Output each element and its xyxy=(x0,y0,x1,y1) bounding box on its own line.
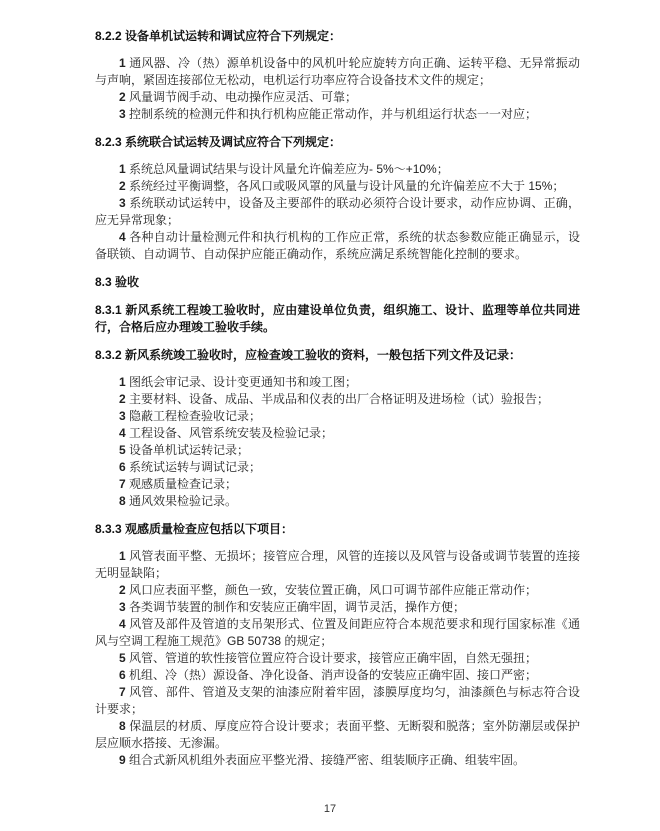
clause-text: 控制系统的检测元件和执行机构应能正常动作，并与机组运行状态一一对应； xyxy=(129,107,537,121)
clause-text: 风管、管道的软性接管位置应符合设计要求，接管应正确牢固，自然无强扭； xyxy=(129,651,537,665)
clause-text: 保温层的材质、厚度应符合设计要求；表面平整、无断裂和脱落；室外防潮层或保护层应顺… xyxy=(95,719,580,750)
list-item: 9 组合式新风机组外表面应平整光滑、接缝严密、组装顺序正确、组装牢固。 xyxy=(95,752,580,769)
list-item: 3 控制系统的检测元件和执行机构应能正常动作，并与机组运行状态一一对应； xyxy=(95,106,580,123)
clause-text: 各种自动计量检测元件和执行机构的工作应正常，系统的状态参数应能正确显示，设备联锁… xyxy=(95,230,580,261)
clause-text: 风量调节阀手动、电动操作应灵活、可靠； xyxy=(129,90,357,104)
section-heading: 8.3.3 观感质量检查应包括以下项目： xyxy=(95,521,580,538)
clause-text: 验收 xyxy=(115,275,139,289)
clause-number: 3 xyxy=(119,107,126,121)
list-item: 5 风管、管道的软性接管位置应符合设计要求，接管应正确牢固，自然无强扭； xyxy=(95,650,580,667)
page-number: 17 xyxy=(324,803,336,815)
list-item: 7 观感质量检查记录； xyxy=(95,476,580,493)
clause-number: 9 xyxy=(119,753,126,767)
clause-number: 1 xyxy=(119,56,126,70)
clause-text: 设备单机试运转和调试应符合下列规定： xyxy=(125,29,341,43)
clause-text: 风口应表面平整，颜色一致，安装位置正确，风口可调节部件应能正常动作； xyxy=(129,583,537,597)
section-heading: 8.3 验收 xyxy=(95,274,580,291)
clause-text: 系统经过平衡调整，各风口或吸风罩的风量与设计风量的允许偏差应不大于 15%； xyxy=(129,179,564,193)
clause-number: 7 xyxy=(119,685,126,699)
clause-number: 5 xyxy=(119,443,126,457)
clause-text: 新风系统竣工验收时，应检查竣工验收的资料，一般包括下列文件及记录： xyxy=(125,348,521,362)
list-item: 6 机组、冷（热）源设备、净化设备、消声设备的安装应正确牢固、接口严密； xyxy=(95,667,580,684)
clause-number: 3 xyxy=(119,409,126,423)
clause-number: 4 xyxy=(119,230,126,244)
document-page: 8.2.2 设备单机试运转和调试应符合下列规定：1 通风器、冷（热）源单机设备中… xyxy=(0,0,660,831)
section-heading: 8.2.2 设备单机试运转和调试应符合下列规定： xyxy=(95,28,580,45)
list-item: 4 各种自动计量检测元件和执行机构的工作应正常，系统的状态参数应能正确显示，设备… xyxy=(95,229,580,263)
list-item: 3 隐蔽工程检查验收记录； xyxy=(95,408,580,425)
clause-number: 1 xyxy=(119,162,126,176)
clause-number: 4 xyxy=(119,426,126,440)
page-footer: 17 xyxy=(0,803,660,815)
clause-text: 工程设备、风管系统安装及检验记录； xyxy=(129,426,333,440)
clause-text: 各类调节装置的制作和安装应正确牢固，调节灵活，操作方便； xyxy=(129,600,465,614)
clause-text: 通风效果检验记录。 xyxy=(129,494,237,508)
clause-number: 2 xyxy=(119,392,126,406)
clause-text: 观感质量检查记录； xyxy=(129,477,237,491)
clause-text: 机组、冷（热）源设备、净化设备、消声设备的安装应正确牢固、接口严密； xyxy=(129,668,537,682)
list-item: 3 各类调节装置的制作和安装应正确牢固，调节灵活，操作方便； xyxy=(95,599,580,616)
clause-number: 4 xyxy=(119,617,126,631)
list-item: 4 风管及部件及管道的支吊架形式、位置及间距应符合本规范要求和现行国家标准《通风… xyxy=(95,616,580,650)
clause-number: 2 xyxy=(119,179,126,193)
list-item: 2 主要材料、设备、成品、半成品和仪表的出厂合格证明及进场检（试）验报告； xyxy=(95,391,580,408)
section-heading: 8.3.2 新风系统竣工验收时，应检查竣工验收的资料，一般包括下列文件及记录： xyxy=(95,347,580,364)
clause-number: 6 xyxy=(119,668,126,682)
clause-text: 通风器、冷（热）源单机设备中的风机叶轮应旋转方向正确、运转平稳、无异常振动与声响… xyxy=(95,56,580,87)
list-item: 1 系统总风量调试结果与设计风量允许偏差应为- 5%～+10%； xyxy=(95,161,580,178)
clause-number: 2 xyxy=(119,583,126,597)
list-item: 5 设备单机试运转记录； xyxy=(95,442,580,459)
clause-text: 隐蔽工程检查验收记录； xyxy=(129,409,261,423)
list-item: 8 保温层的材质、厚度应符合设计要求；表面平整、无断裂和脱落；室外防潮层或保护层… xyxy=(95,718,580,752)
clause-number: 8.2.3 xyxy=(95,135,122,149)
clause-text: 风管、部件、管道及支架的油漆应附着牢固，漆膜厚度均匀，油漆颜色与标志符合设计要求… xyxy=(95,685,580,716)
clause-number: 8 xyxy=(119,494,126,508)
list-item: 4 工程设备、风管系统安装及检验记录； xyxy=(95,425,580,442)
list-item: 2 风量调节阀手动、电动操作应灵活、可靠； xyxy=(95,89,580,106)
clause-text: 图纸会审记录、设计变更通知书和竣工图； xyxy=(129,375,357,389)
clause-text: 组合式新风机组外表面应平整光滑、接缝严密、组装顺序正确、组装牢固。 xyxy=(129,753,525,767)
clause-text: 风管表面平整、无损坏；接管应合理，风管的连接以及风管与设备或调节装置的连接无明显… xyxy=(95,549,580,580)
clause-number: 8.3.1 xyxy=(95,303,122,317)
clause-text: 系统总风量调试结果与设计风量允许偏差应为- 5%～+10%； xyxy=(129,162,449,176)
clause-number: 8.2.2 xyxy=(95,29,122,43)
clause-number: 8 xyxy=(119,719,126,733)
clause-text: 设备单机试运转记录； xyxy=(129,443,249,457)
clause-number: 6 xyxy=(119,460,126,474)
clause-number: 1 xyxy=(119,549,126,563)
clause-text: 观感质量检查应包括以下项目： xyxy=(125,522,293,536)
clause-number: 8.3.2 xyxy=(95,348,122,362)
list-item: 1 通风器、冷（热）源单机设备中的风机叶轮应旋转方向正确、运转平稳、无异常振动与… xyxy=(95,55,580,89)
clause-text: 主要材料、设备、成品、半成品和仪表的出厂合格证明及进场检（试）验报告； xyxy=(129,392,549,406)
clause-number: 8.3 xyxy=(95,275,112,289)
clause-number: 2 xyxy=(119,90,126,104)
clause-number: 5 xyxy=(119,651,126,665)
section-heading: 8.3.1 新风系统工程竣工验收时，应由建设单位负责，组织施工、设计、监理等单位… xyxy=(95,302,580,336)
clause-text: 系统试运转与调试记录； xyxy=(129,460,261,474)
list-item: 1 图纸会审记录、设计变更通知书和竣工图； xyxy=(95,374,580,391)
clause-number: 7 xyxy=(119,477,126,491)
list-item: 6 系统试运转与调试记录； xyxy=(95,459,580,476)
clause-text: 系统联动试运转中，设备及主要部件的联动必须符合设计要求，动作应协调、正确，应无异… xyxy=(95,196,580,227)
list-item: 1 风管表面平整、无损坏；接管应合理，风管的连接以及风管与设备或调节装置的连接无… xyxy=(95,548,580,582)
clause-number: 8.3.3 xyxy=(95,522,122,536)
clause-text: 风管及部件及管道的支吊架形式、位置及间距应符合本规范要求和现行国家标准《通风与空… xyxy=(95,617,580,648)
clause-number: 3 xyxy=(119,600,126,614)
document-content: 8.2.2 设备单机试运转和调试应符合下列规定：1 通风器、冷（热）源单机设备中… xyxy=(95,28,580,769)
list-item: 3 系统联动试运转中，设备及主要部件的联动必须符合设计要求，动作应协调、正确，应… xyxy=(95,195,580,229)
list-item: 7 风管、部件、管道及支架的油漆应附着牢固，漆膜厚度均匀，油漆颜色与标志符合设计… xyxy=(95,684,580,718)
clause-text: 系统联合试运转及调试应符合下列规定： xyxy=(125,135,341,149)
list-item: 8 通风效果检验记录。 xyxy=(95,493,580,510)
clause-text: 新风系统工程竣工验收时，应由建设单位负责，组织施工、设计、监理等单位共同进行，合… xyxy=(95,303,580,334)
clause-number: 3 xyxy=(119,196,126,210)
list-item: 2 系统经过平衡调整，各风口或吸风罩的风量与设计风量的允许偏差应不大于 15%； xyxy=(95,178,580,195)
clause-number: 1 xyxy=(119,375,126,389)
section-heading: 8.2.3 系统联合试运转及调试应符合下列规定： xyxy=(95,134,580,151)
list-item: 2 风口应表面平整，颜色一致，安装位置正确，风口可调节部件应能正常动作； xyxy=(95,582,580,599)
